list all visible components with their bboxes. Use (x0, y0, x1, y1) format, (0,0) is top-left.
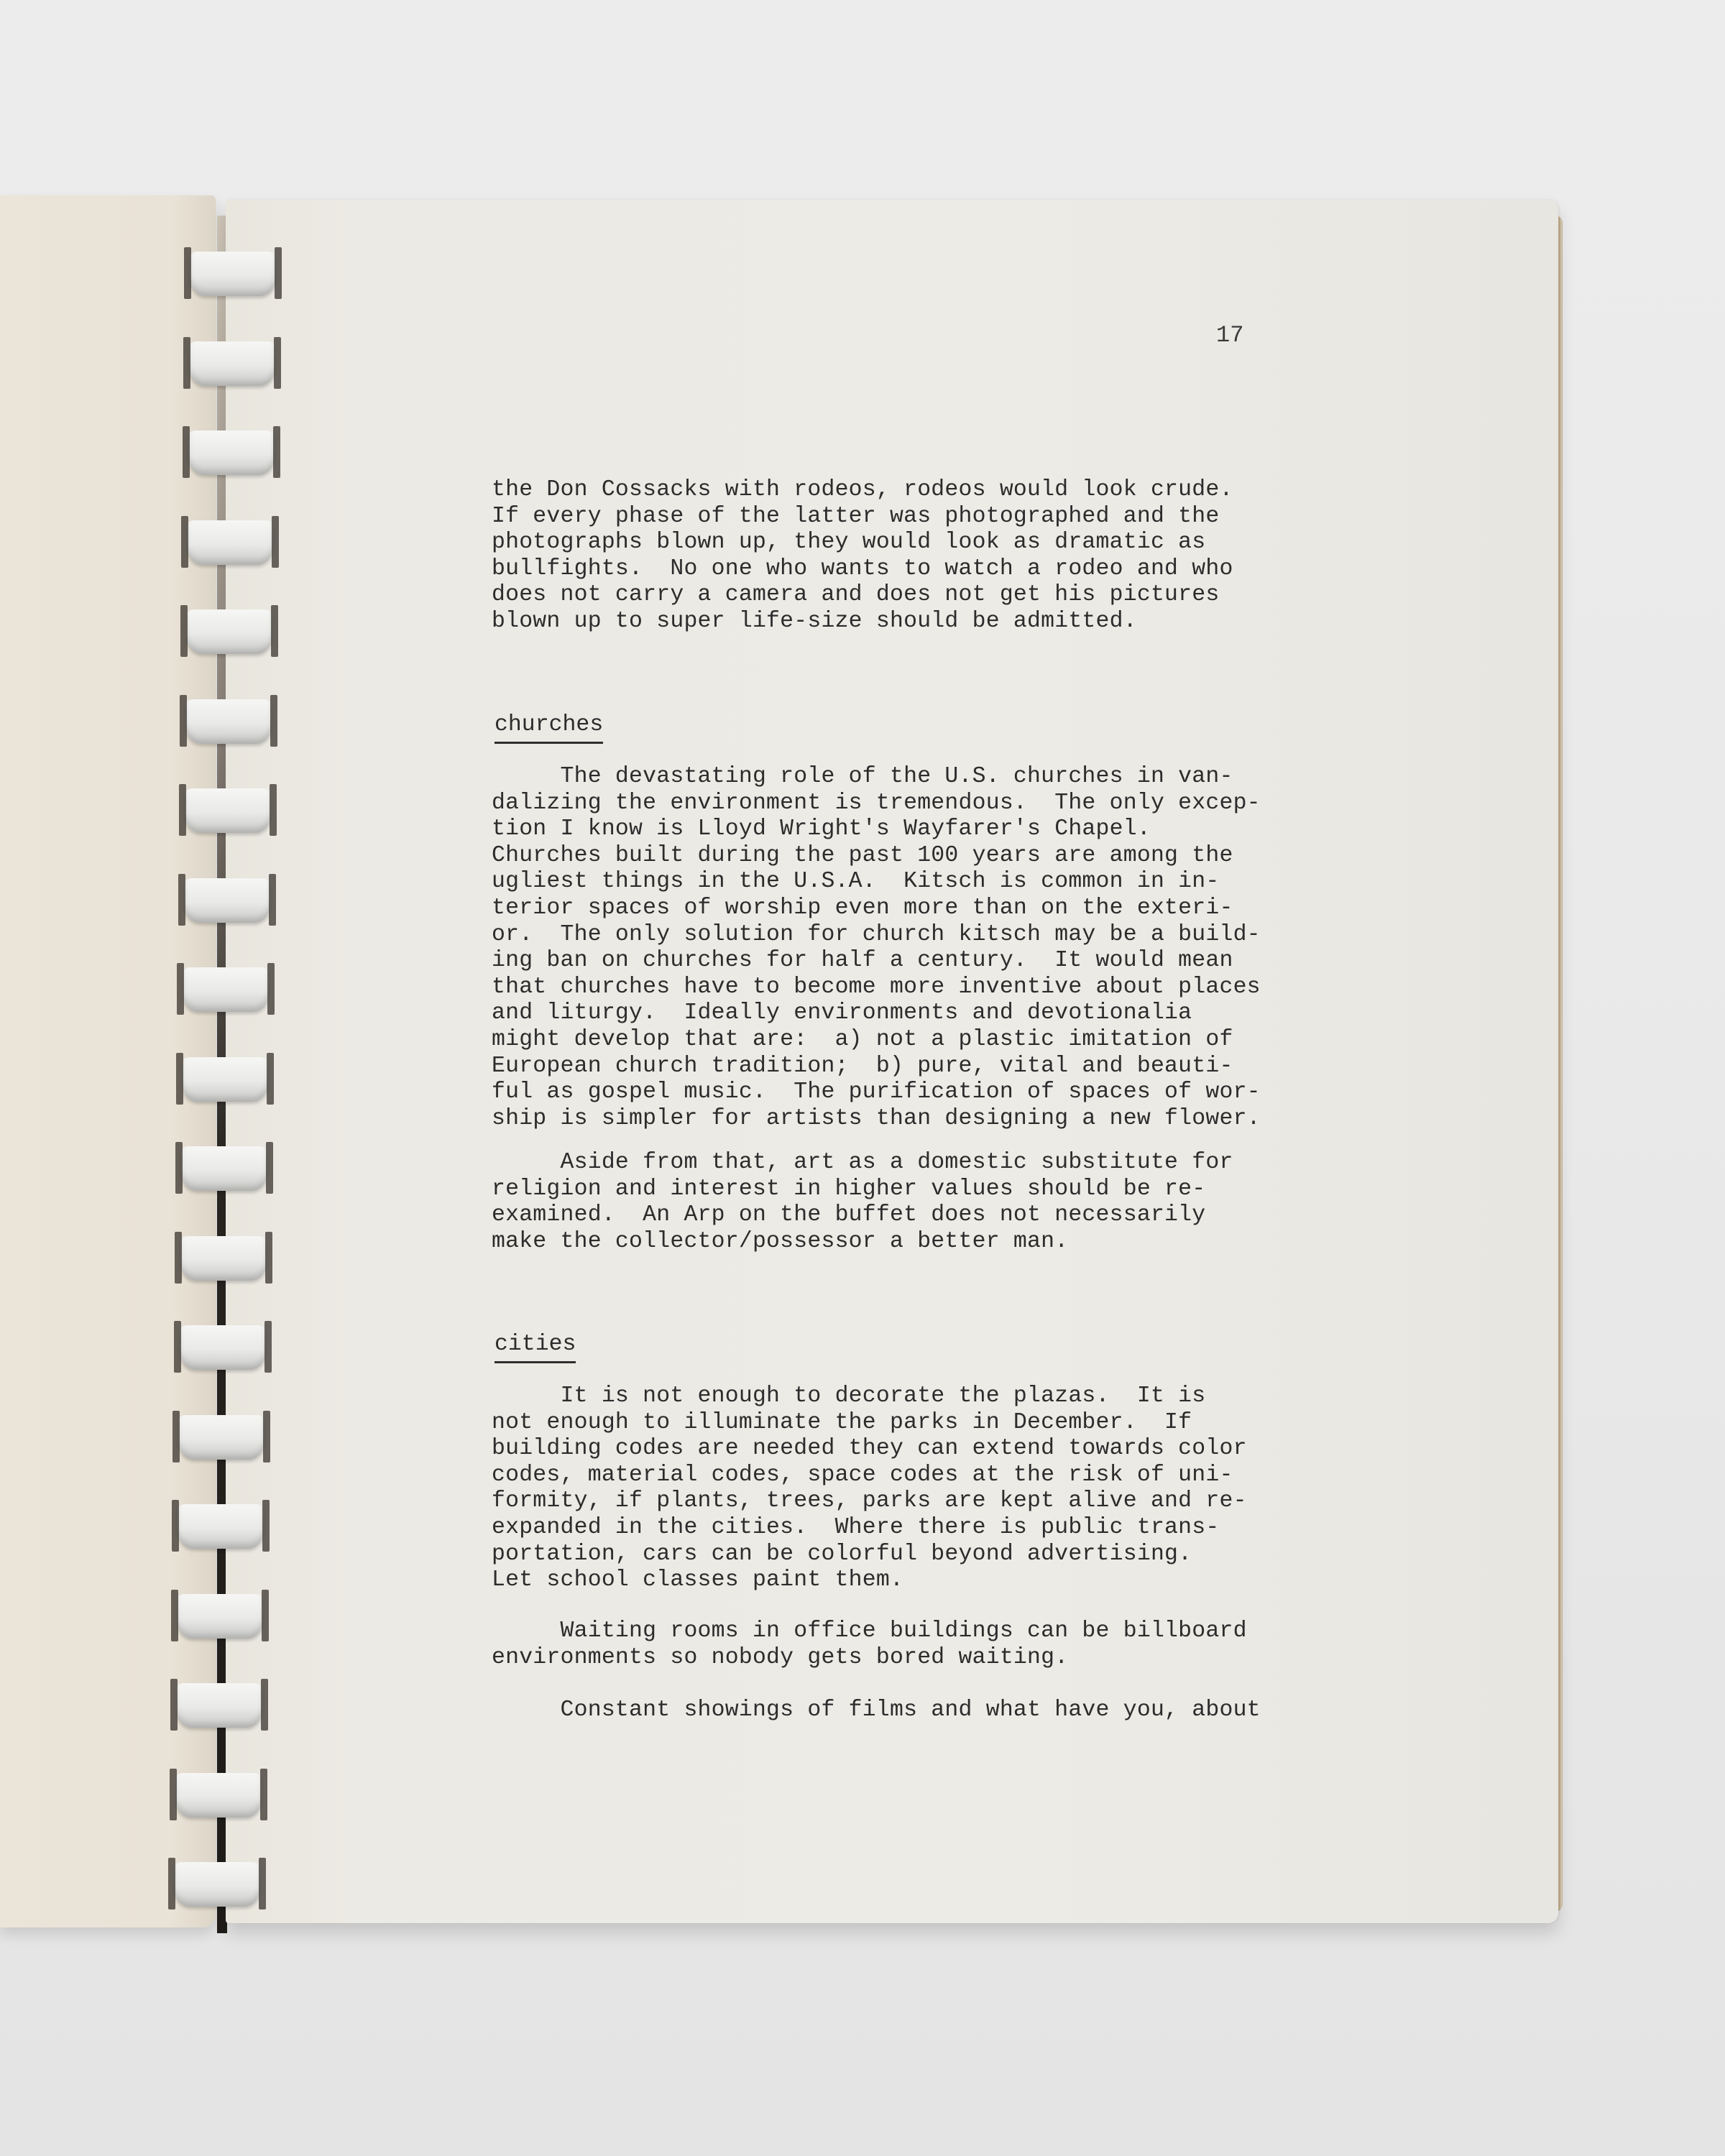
binding-loop (187, 520, 273, 565)
binding-loop (182, 1057, 268, 1102)
binding-loop (188, 430, 275, 475)
binding-loop (176, 1683, 262, 1728)
binding-loop (185, 699, 272, 744)
binding-loop (174, 1862, 260, 1907)
binding-loop (184, 878, 270, 923)
binding-loop (185, 788, 271, 833)
binding-loop (183, 967, 269, 1012)
binding-loop (178, 1504, 264, 1549)
section-heading-cities: cities (494, 1332, 576, 1363)
binding-loop (186, 609, 272, 654)
binding-loop (180, 1325, 266, 1370)
churches-paragraph-1: The devastating role of the U.S. churche… (492, 764, 1397, 1132)
intro-paragraph: the Don Cossacks with rodeos, rodeos wou… (492, 477, 1397, 635)
binding-loop (189, 341, 275, 386)
binding-loop (178, 1415, 264, 1460)
churches-paragraph-2: Aside from that, art as a domestic subst… (492, 1150, 1397, 1255)
cities-paragraph-2: Waiting rooms in office buildings can be… (492, 1618, 1397, 1671)
binding-loop (175, 1773, 262, 1818)
section-heading-churches: churches (494, 713, 603, 744)
binding-loop (181, 1146, 267, 1191)
binding-loop (180, 1236, 267, 1281)
cities-paragraph-1: It is not enough to decorate the plazas.… (492, 1383, 1397, 1594)
cities-paragraph-3: Constant showings of films and what have… (492, 1697, 1397, 1724)
page-number: 17 (1216, 322, 1243, 349)
binding-loop (190, 252, 276, 296)
binding-loop (177, 1594, 263, 1639)
